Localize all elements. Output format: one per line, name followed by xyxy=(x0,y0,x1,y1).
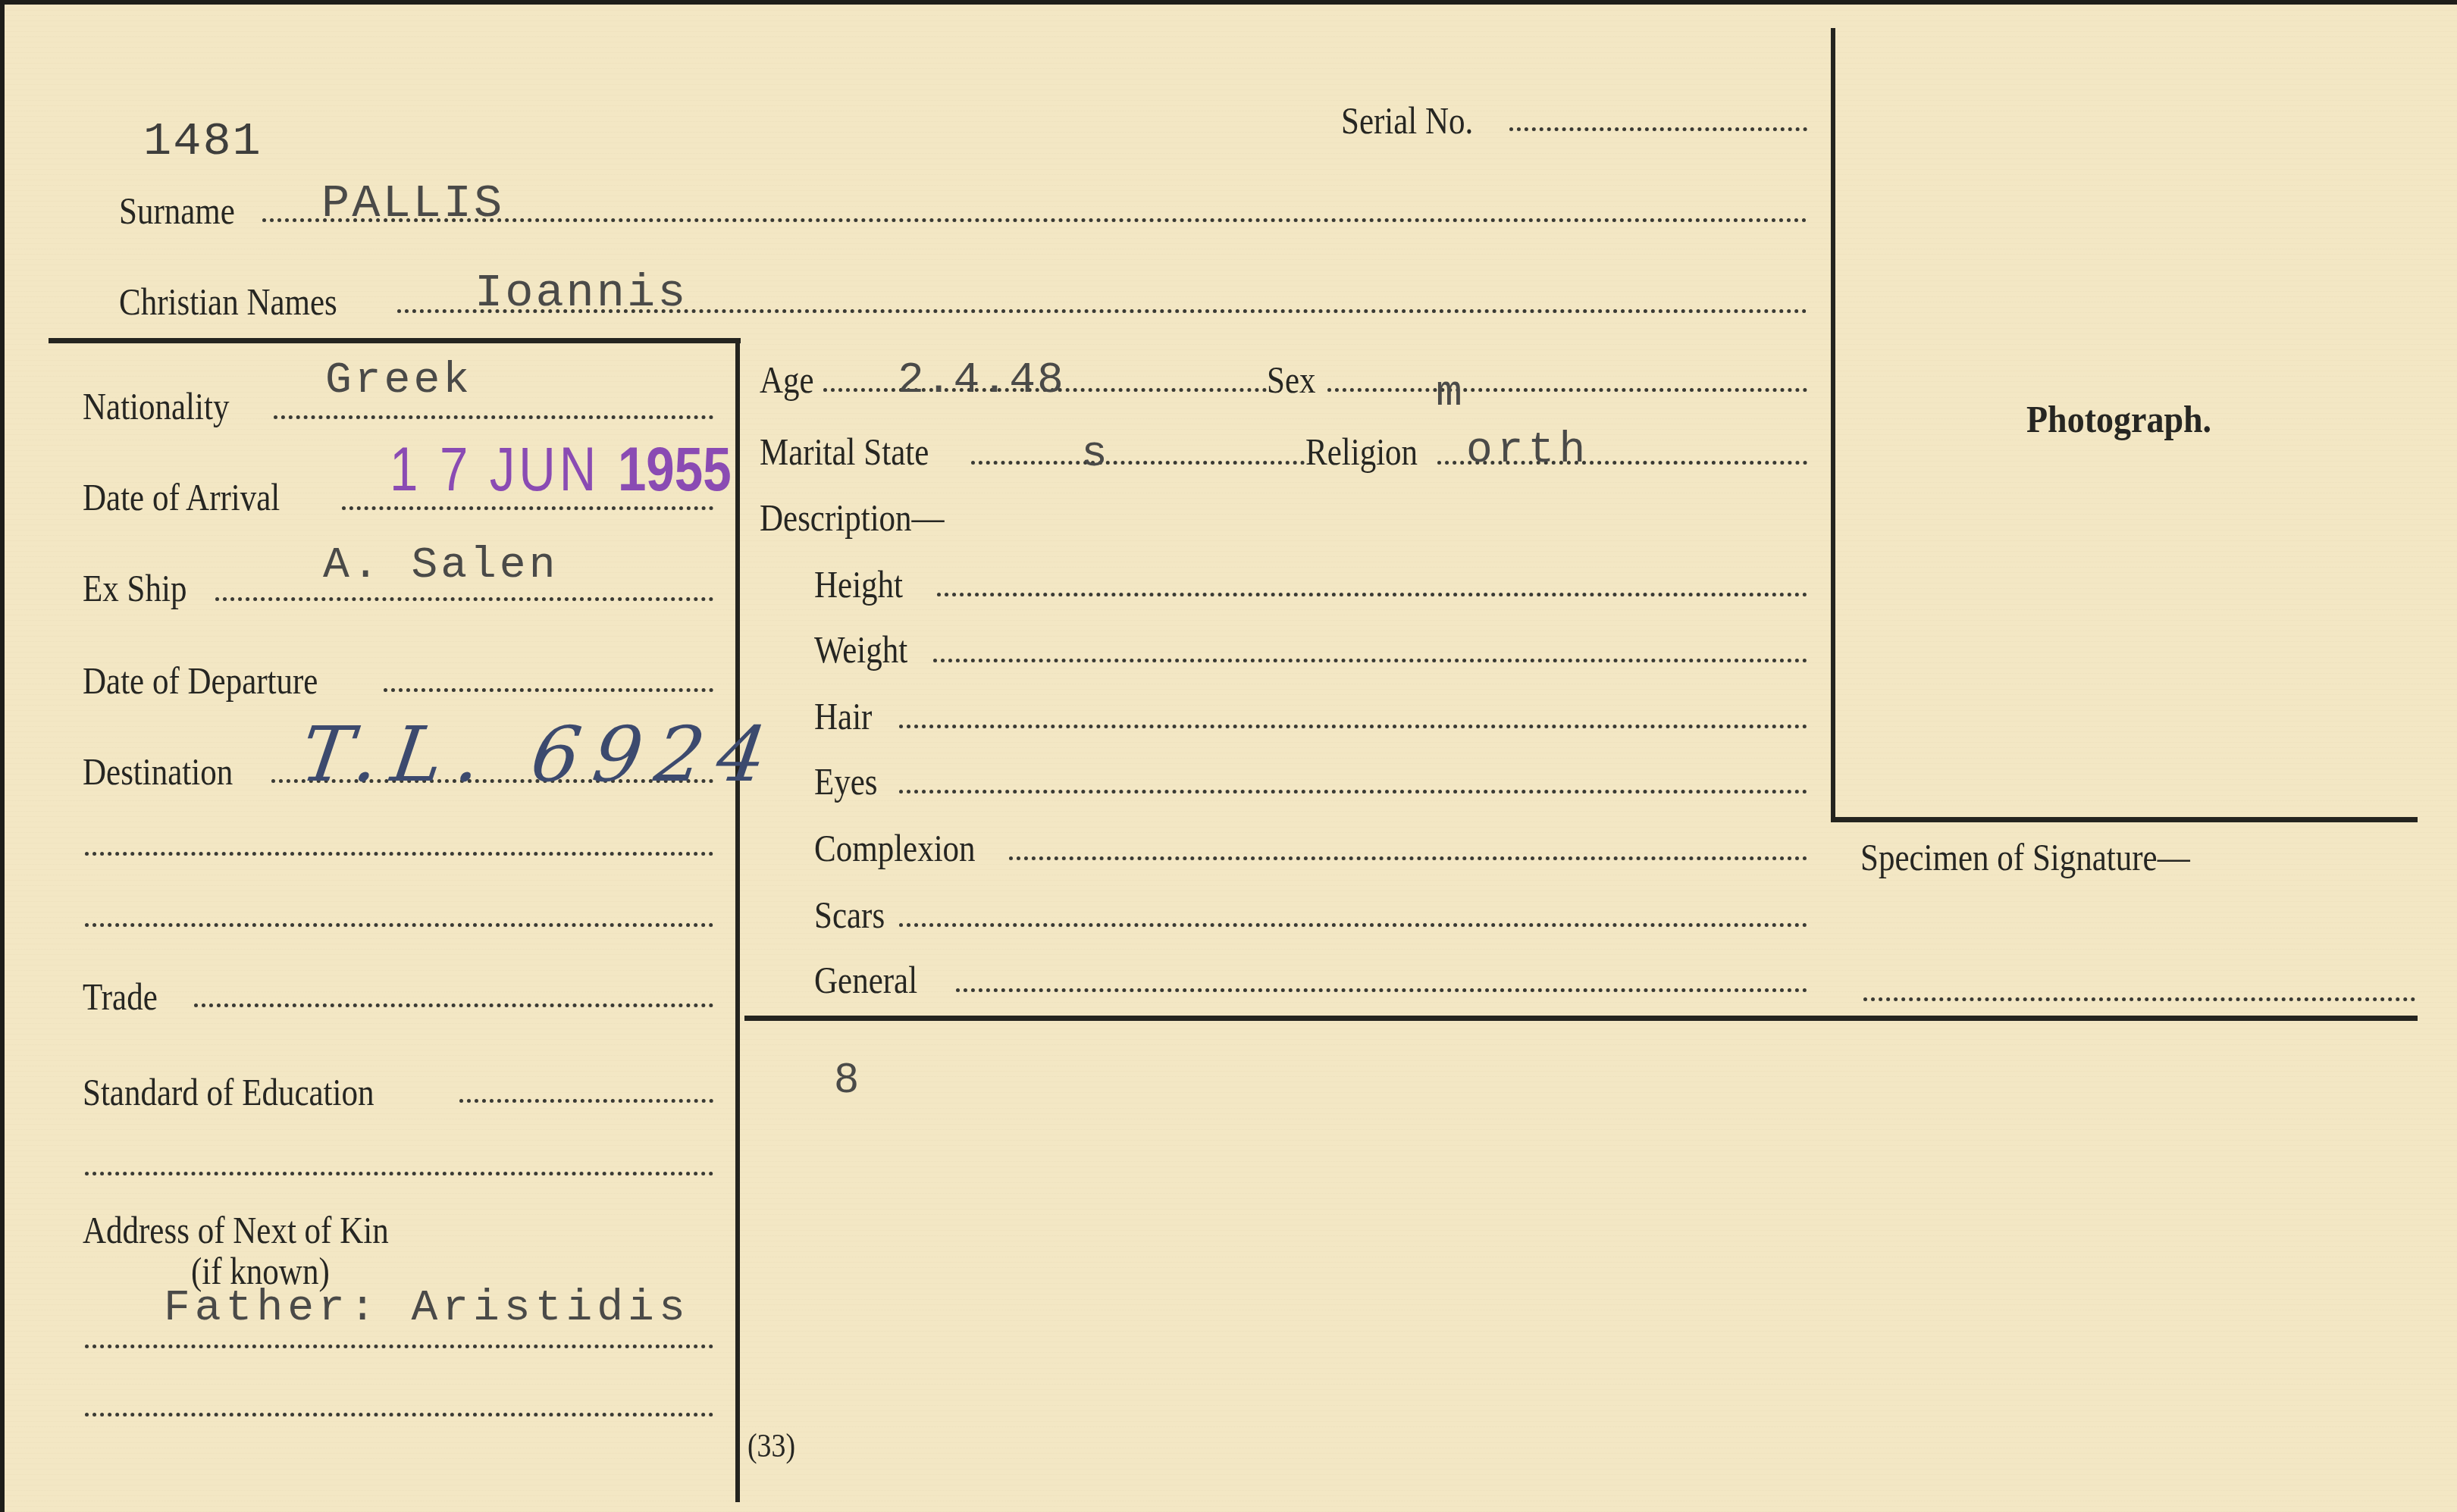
eyes-field[interactable] xyxy=(899,790,1807,794)
next-of-kin-field-1[interactable] xyxy=(85,1345,713,1348)
education-extra-line[interactable] xyxy=(85,1172,713,1175)
age-label: Age xyxy=(760,361,814,399)
complexion-field[interactable] xyxy=(1009,856,1807,860)
nationality-label: Nationality xyxy=(83,387,229,425)
ex-ship-field[interactable] xyxy=(215,597,713,601)
destination-value: T.L. 6924 xyxy=(296,717,785,793)
general-field[interactable] xyxy=(956,988,1807,992)
christian-names-value: Ioannis xyxy=(475,270,688,317)
signature-label: Specimen of Signature— xyxy=(1860,838,2190,876)
destination-extra-line-1[interactable] xyxy=(85,852,713,856)
age-value: 2.4.48 xyxy=(898,359,1065,403)
weight-label: Weight xyxy=(814,631,907,668)
photograph-box xyxy=(1835,28,2418,817)
hair-field[interactable] xyxy=(899,725,1807,728)
destination-label: Destination xyxy=(83,753,233,790)
education-label: Standard of Education xyxy=(83,1073,375,1111)
hair-label: Hair xyxy=(814,697,872,735)
next-of-kin-value: Father: Aristidis xyxy=(164,1287,690,1331)
left-panel-divider xyxy=(735,338,740,1502)
surname-value: PALLIS xyxy=(321,180,504,227)
nationality-field[interactable] xyxy=(274,415,713,419)
stamp-year: 1955 xyxy=(618,435,732,504)
height-label: Height xyxy=(814,565,903,603)
date-of-departure-label: Date of Departure xyxy=(83,662,318,700)
religion-label: Religion xyxy=(1305,433,1418,471)
left-panel-top-rule xyxy=(49,338,741,343)
eyes-label: Eyes xyxy=(814,762,878,800)
destination-extra-line-2[interactable] xyxy=(85,923,713,927)
photo-box-bottom-rule xyxy=(1831,817,2418,822)
immigration-registration-card: 1481 Serial No. Surname PALLIS Christian… xyxy=(0,0,2457,1512)
next-of-kin-field-2[interactable] xyxy=(85,1413,713,1417)
serial-no-field[interactable] xyxy=(1509,127,1807,131)
margin-number: 8 xyxy=(835,1057,861,1099)
date-of-departure-field[interactable] xyxy=(384,688,713,692)
next-of-kin-label: Address of Next of Kin xyxy=(83,1211,389,1249)
date-of-arrival-stamp: 1 7 JUN 1955 xyxy=(390,439,732,501)
scars-field[interactable] xyxy=(899,923,1807,927)
trade-field[interactable] xyxy=(194,1003,713,1007)
sex-value: m xyxy=(1436,372,1465,416)
serial-no-label: Serial No. xyxy=(1341,102,1473,139)
complexion-label: Complexion xyxy=(814,829,976,867)
scars-label: Scars xyxy=(814,896,885,934)
surname-label: Surname xyxy=(119,192,235,230)
education-field[interactable] xyxy=(459,1099,713,1103)
ex-ship-value: A. Salen xyxy=(323,544,558,588)
marital-state-label: Marital State xyxy=(760,433,929,471)
card-number: 1481 xyxy=(143,118,262,165)
date-of-arrival-field[interactable] xyxy=(342,506,713,510)
christian-names-label: Christian Names xyxy=(119,283,337,321)
marital-state-value: s xyxy=(1081,433,1111,477)
stamp-day-month: 1 7 JUN xyxy=(390,435,600,504)
ex-ship-label: Ex Ship xyxy=(83,569,186,607)
signature-field[interactable] xyxy=(1863,997,2415,1001)
date-of-arrival-label: Date of Arrival xyxy=(83,478,280,516)
general-label: General xyxy=(814,961,917,999)
trade-label: Trade xyxy=(83,978,158,1016)
religion-value: orth xyxy=(1466,429,1590,473)
weight-field[interactable] xyxy=(933,659,1807,662)
marital-state-field[interactable] xyxy=(971,461,1305,465)
form-number: (33) xyxy=(747,1429,795,1463)
sex-field[interactable] xyxy=(1327,388,1807,392)
nationality-value: Greek xyxy=(325,359,472,403)
description-label: Description— xyxy=(760,499,945,537)
height-field[interactable] xyxy=(937,593,1807,596)
description-bottom-rule xyxy=(744,1016,2418,1021)
sex-label: Sex xyxy=(1267,361,1316,399)
